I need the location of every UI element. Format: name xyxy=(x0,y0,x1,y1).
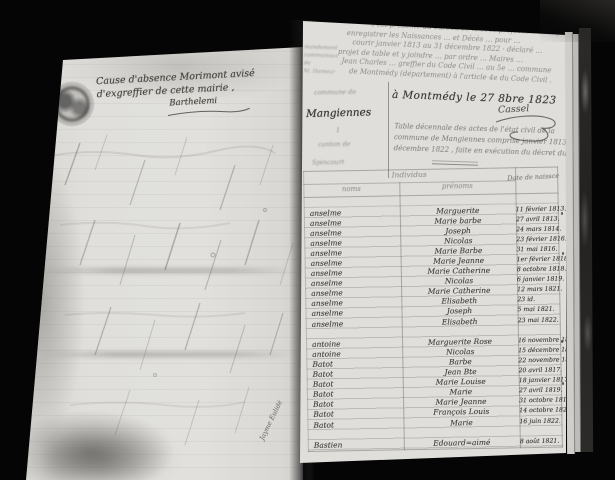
cell-nom xyxy=(306,332,402,334)
corner-smudge xyxy=(45,425,175,480)
annotation-signature: Barthelemi xyxy=(169,91,298,111)
cell-date: 12 mars 1821. xyxy=(517,286,560,294)
cell-nom: antoine xyxy=(306,348,402,359)
cell-prenom xyxy=(402,330,518,332)
cell-date: 27 avril 1819. xyxy=(519,387,562,395)
cell-nom: Bastien xyxy=(308,439,404,450)
cell-date xyxy=(520,431,563,432)
cell-date: 1er février 1818. xyxy=(517,256,560,264)
cell-date: 11 février 1813. xyxy=(516,205,559,213)
cell-date: 6 janvier 1819. xyxy=(517,276,560,284)
top-right-shadow xyxy=(540,0,615,42)
margin-number: 1 xyxy=(336,126,356,134)
margin-label-mid: canton de xyxy=(318,139,384,148)
dateline: à Montmédy le 27 8bre 1823 xyxy=(392,89,572,107)
scribble-word: M. Dameur xyxy=(303,67,337,76)
annotation-line-2: d'exgreffier de cette mairie , xyxy=(96,78,296,101)
cell-nom: anselme xyxy=(304,237,400,248)
cell-date: 24 mars 1814. xyxy=(516,225,559,233)
round-ink-stamp-icon xyxy=(46,78,98,130)
cell-date: 31 mai 1816. xyxy=(516,245,559,253)
cell-nom: anselme xyxy=(306,318,402,329)
cell-date: 27 avril 1813. xyxy=(516,215,559,223)
cell-date: 23 février 1816. xyxy=(516,235,559,243)
cell-date: 14 octobre 1821. xyxy=(519,407,562,415)
cell-prenom: Edouard=aimé xyxy=(404,437,520,448)
cell-nom: antoine xyxy=(306,338,402,349)
bleedthrough-strokes xyxy=(35,115,300,465)
cell-nom: anselme xyxy=(305,308,401,319)
cell-date: 23 mai 1822. xyxy=(518,316,561,324)
cell-nom: anselme xyxy=(305,257,401,268)
margin-label-top: commune de xyxy=(314,87,384,96)
cell-nom: anselme xyxy=(305,278,401,289)
cell-date: 8 octobre 1818. xyxy=(517,266,560,274)
cell-nom xyxy=(308,433,404,435)
scanned-register-spread: Cause d'absence Morimont avisé d'exgreff… xyxy=(0,0,615,480)
cell-nom: Batot xyxy=(307,368,403,379)
cell-prenom xyxy=(404,431,520,433)
cell-nom: anselme xyxy=(304,217,400,228)
cell-nom: Batot xyxy=(307,419,403,430)
cell-nom: anselme xyxy=(304,207,400,218)
cell-date: 15 décembre 1815. xyxy=(518,346,561,354)
table-rows: anselmeMarguerite11 février 1813.anselme… xyxy=(304,204,563,451)
cell-nom: anselme xyxy=(304,247,400,258)
cell-nom: Batot xyxy=(307,409,403,420)
cell-date: 16 juin 1822. xyxy=(519,417,562,425)
header-scribble-block: s'est présenté au bureau de la sous-préf… xyxy=(337,19,567,87)
cell-date: 8 août 1821. xyxy=(520,437,563,445)
margin-label-bottom: Spincourt xyxy=(312,157,384,166)
cell-nom: anselme xyxy=(305,298,401,309)
commune-name: Mangiennes xyxy=(306,106,388,120)
cell-nom: anselme xyxy=(305,267,401,278)
cell-date: 22 novembre 1816. xyxy=(518,356,561,364)
page-crease xyxy=(40,268,298,273)
page-crease xyxy=(40,352,298,357)
column-header-noms: noms xyxy=(303,184,399,194)
cell-date: 23 id. xyxy=(517,296,560,304)
cell-nom: anselme xyxy=(304,227,400,238)
cell-nom: Batot xyxy=(306,358,402,369)
column-header-prenoms: prénoms xyxy=(399,181,515,191)
cell-date: 20 avril 1817. xyxy=(519,367,562,375)
torn-page-edge xyxy=(579,28,593,452)
decennial-table: Individus noms prénoms Date de naissce a… xyxy=(303,164,563,452)
cell-date: 31 octobre 1819. xyxy=(519,397,562,405)
cell-nom: Batot xyxy=(307,389,403,400)
left-page-annotation: Cause d'absence Morimont avisé d'exgreff… xyxy=(96,65,298,127)
annotation-line-1: Cause d'absence Morimont avisé xyxy=(96,65,296,88)
margin-divider-line xyxy=(388,82,389,178)
title-block: Table décennale des actes de l'état civi… xyxy=(394,121,571,160)
cell-nom: Batot xyxy=(307,399,403,410)
cell-date: 5 mai 1821. xyxy=(517,306,560,314)
cell-nom: anselme xyxy=(305,288,401,299)
signature-flourish-icon xyxy=(166,105,256,120)
cell-nom: Batot xyxy=(307,378,403,389)
cell-date xyxy=(518,330,561,331)
cell-date: 16 novembre 1813. xyxy=(518,336,561,344)
gutter-scribbles: mandement communaux de M. Dameur xyxy=(303,43,338,76)
cell-date: 18 janvier 1817. xyxy=(519,377,562,385)
